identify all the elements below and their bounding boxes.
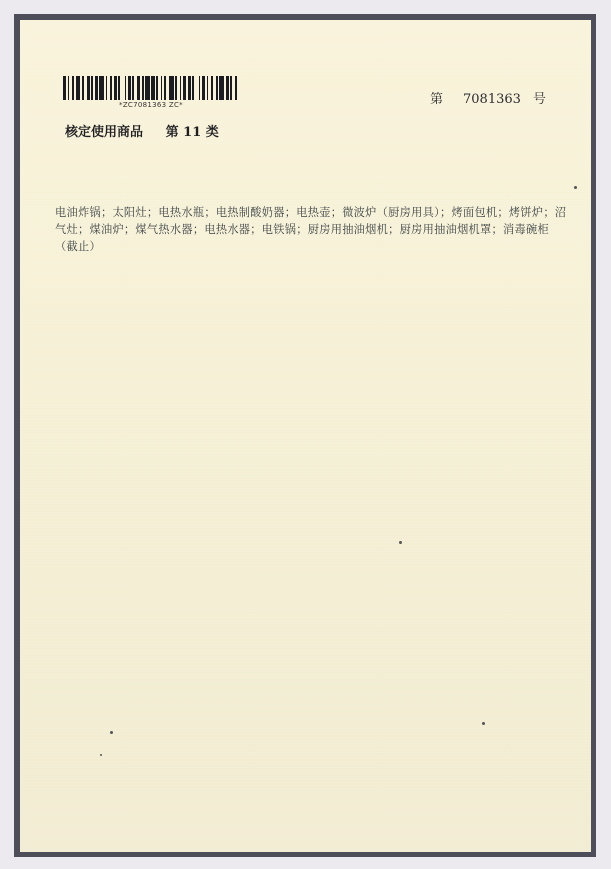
registration-suffix: 号 xyxy=(533,92,546,107)
paper-speck xyxy=(574,186,577,189)
barcode-label: *ZC7081363 ZC* xyxy=(63,101,239,109)
certificate-paper xyxy=(20,20,591,852)
registration-number-value: 7081363 xyxy=(463,92,521,107)
barcode xyxy=(63,76,239,100)
goods-list: 电油炸锅；太阳灶；电热水瓶；电热制酸奶器；电热壶；微波炉（厨房用具）；烤面包机；… xyxy=(55,204,571,255)
paper-speck xyxy=(100,754,102,756)
paper-speck xyxy=(399,541,402,544)
approved-goods-title: 核定使用商品 xyxy=(65,125,143,140)
class-label: 第 11 类 xyxy=(166,125,219,140)
paper-speck xyxy=(482,722,485,725)
barcode-space xyxy=(237,76,239,100)
page-title: 核定使用商品 第 11 类 xyxy=(65,121,219,140)
registration-prefix: 第 xyxy=(430,92,443,107)
registration-number: 第7081363号 xyxy=(430,88,546,107)
paper-speck xyxy=(110,731,113,734)
